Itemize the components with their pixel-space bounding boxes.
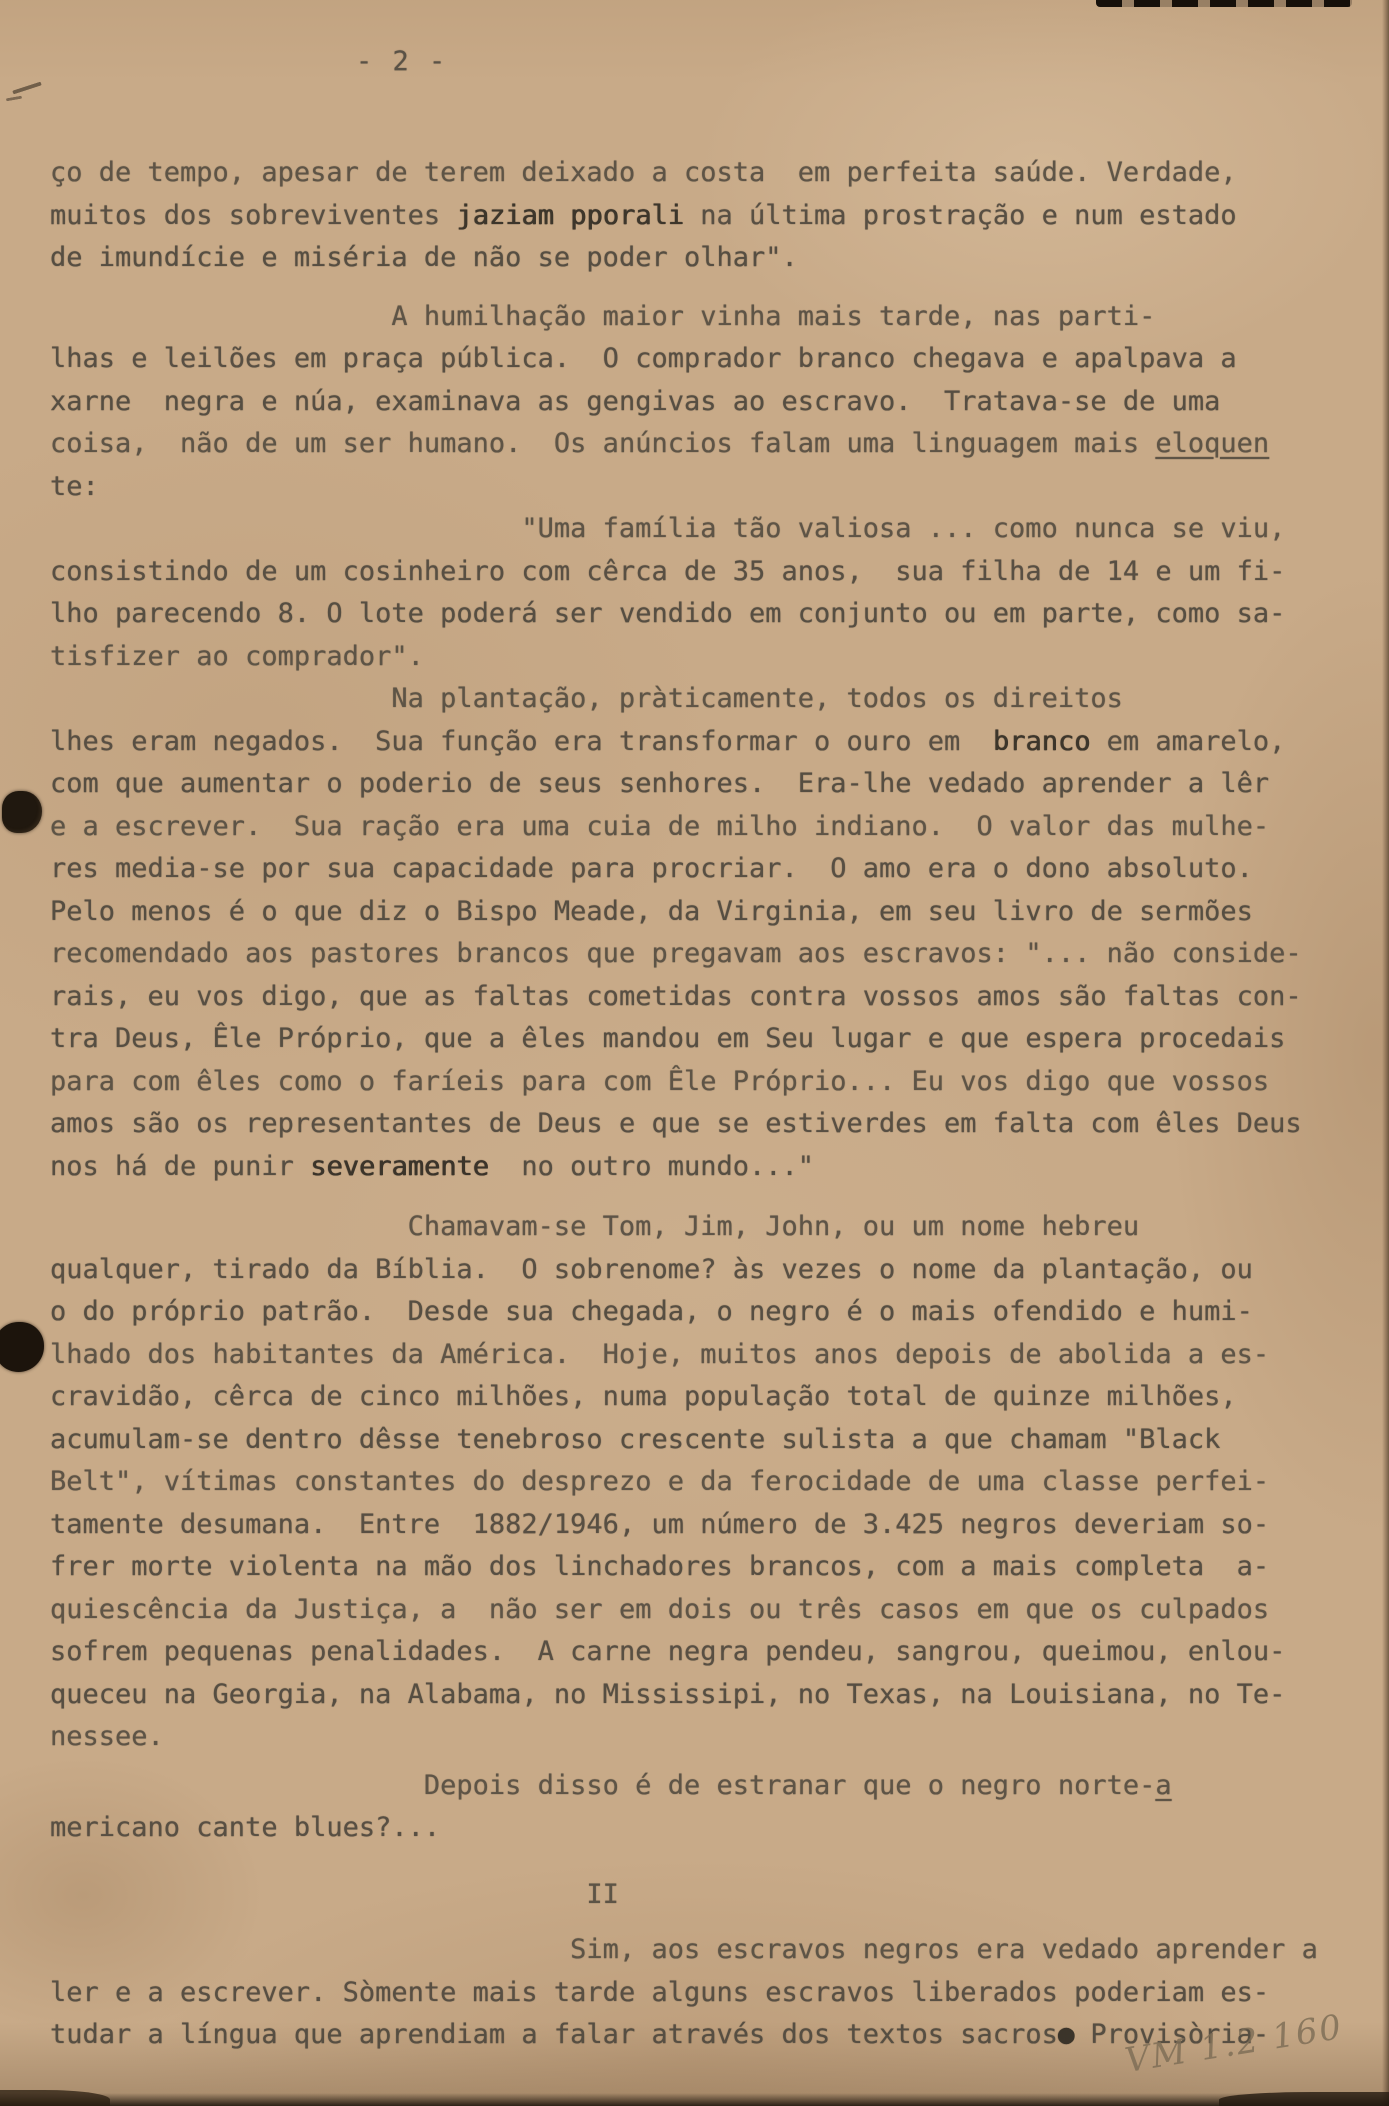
page-corner-shadow bbox=[1219, 2092, 1389, 2106]
text-line: muitos dos sobreviventes jaziam pporali … bbox=[50, 195, 1370, 238]
text-line: ler e a escrever. Sòmente mais tarde alg… bbox=[50, 1972, 1370, 2015]
page-number: - 2 - bbox=[356, 46, 447, 78]
text-line: te: bbox=[50, 466, 1370, 509]
text-line: xarne negra e núa, examinava as gengivas… bbox=[50, 381, 1370, 424]
text-line: lhado dos habitantes da América. Hoje, m… bbox=[50, 1334, 1370, 1377]
page-edge-shadow-bottom bbox=[0, 2093, 1389, 2106]
paragraph-6: Depois disso é de estranar que o negro n… bbox=[50, 1765, 1370, 1850]
text-line: A humilhação maior vinha mais tarde, nas… bbox=[50, 296, 1370, 339]
document-body: ço de tempo, apesar de terem deixado a c… bbox=[50, 152, 1370, 2057]
text-line: Depois disso é de estranar que o negro n… bbox=[50, 1765, 1370, 1808]
text-line: frer morte violenta na mão dos linchador… bbox=[50, 1546, 1370, 1589]
paragraph-4: Na plantação, pràticamente, todos os dir… bbox=[50, 678, 1370, 1188]
text-line: quiescência da Justiça, a não ser em doi… bbox=[50, 1589, 1370, 1632]
pencil-scratch-mark bbox=[12, 81, 42, 94]
text-line: lho parecendo 8. O lote poderá ser vendi… bbox=[50, 593, 1370, 636]
text-line: ço de tempo, apesar de terem deixado a c… bbox=[50, 152, 1370, 195]
text-line: lhes eram negados. Sua função era transf… bbox=[50, 721, 1370, 764]
page-edge-shadow-right bbox=[1382, 0, 1389, 2106]
ink-blot bbox=[0, 1322, 44, 1372]
text-line: tra Deus, Êle Próprio, que a êles mandou… bbox=[50, 1018, 1370, 1061]
text-line: Sim, aos escravos negros era vedado apre… bbox=[50, 1929, 1370, 1972]
text-line: amos são os representantes de Deus e que… bbox=[50, 1103, 1370, 1146]
text-line: nessee. bbox=[50, 1716, 1370, 1759]
text-line: de imundície e miséria de não se poder o… bbox=[50, 237, 1370, 280]
scanned-typewritten-page: { "page": { "page_label": "- 2 -", "hand… bbox=[0, 0, 1389, 2106]
text-line: e a escrever. Sua ração era uma cuia de … bbox=[50, 806, 1370, 849]
text-line: Na plantação, pràticamente, todos os dir… bbox=[50, 678, 1370, 721]
section-heading-ii: II bbox=[50, 1874, 1370, 1917]
top-edge-ink-mark bbox=[1096, 0, 1352, 7]
text-line: Chamavam-se Tom, Jim, John, ou um nome h… bbox=[50, 1206, 1370, 1249]
text-line: coisa, não de um ser humano. Os anúncios… bbox=[50, 423, 1370, 466]
text-line: res media-se por sua capacidade para pro… bbox=[50, 848, 1370, 891]
text-line: nos há de punir severamente no outro mun… bbox=[50, 1146, 1370, 1189]
text-line: o do próprio patrão. Desde sua chegada, … bbox=[50, 1291, 1370, 1334]
ink-blot bbox=[2, 791, 42, 833]
text-line: com que aumentar o poderio de seus senho… bbox=[50, 763, 1370, 806]
text-line: Belt", vítimas constantes do desprezo e … bbox=[50, 1461, 1370, 1504]
text-line: recomendado aos pastores brancos que pre… bbox=[50, 933, 1370, 976]
text-line: consistindo de um cosinheiro com cêrca d… bbox=[50, 551, 1370, 594]
text-line: lhas e leilões em praça pública. O compr… bbox=[50, 338, 1370, 381]
paragraph-3-quote: "Uma família tão valiosa ... como nunca … bbox=[50, 508, 1370, 678]
text-line: cravidão, cêrca de cinco milhões, numa p… bbox=[50, 1376, 1370, 1419]
text-line: II bbox=[50, 1874, 1370, 1917]
text-line: tisfizer ao comprador". bbox=[50, 636, 1370, 679]
text-line: acumulam-se dentro dêsse tenebroso cresc… bbox=[50, 1419, 1370, 1462]
text-line: sofrem pequenas penalidades. A carne neg… bbox=[50, 1631, 1370, 1674]
text-line: Pelo menos é o que diz o Bispo Meade, da… bbox=[50, 891, 1370, 934]
text-line: rais, eu vos digo, que as faltas cometid… bbox=[50, 976, 1370, 1019]
text-line: queceu na Georgia, na Alabama, no Missis… bbox=[50, 1674, 1370, 1717]
paragraph-1: ço de tempo, apesar de terem deixado a c… bbox=[50, 152, 1370, 280]
text-line: qualquer, tirado da Bíblia. O sobrenome?… bbox=[50, 1249, 1370, 1292]
text-line: tamente desumana. Entre 1882/1946, um nú… bbox=[50, 1504, 1370, 1547]
text-line: "Uma família tão valiosa ... como nunca … bbox=[50, 508, 1370, 551]
text-line: mericano cante blues?... bbox=[50, 1807, 1370, 1850]
paragraph-5: Chamavam-se Tom, Jim, John, ou um nome h… bbox=[50, 1206, 1370, 1759]
paragraph-2: A humilhação maior vinha mais tarde, nas… bbox=[50, 296, 1370, 509]
page-corner-shadow bbox=[0, 2090, 110, 2106]
pencil-scratch-mark bbox=[6, 96, 22, 102]
text-line: para com êles como o faríeis para com Êl… bbox=[50, 1061, 1370, 1104]
